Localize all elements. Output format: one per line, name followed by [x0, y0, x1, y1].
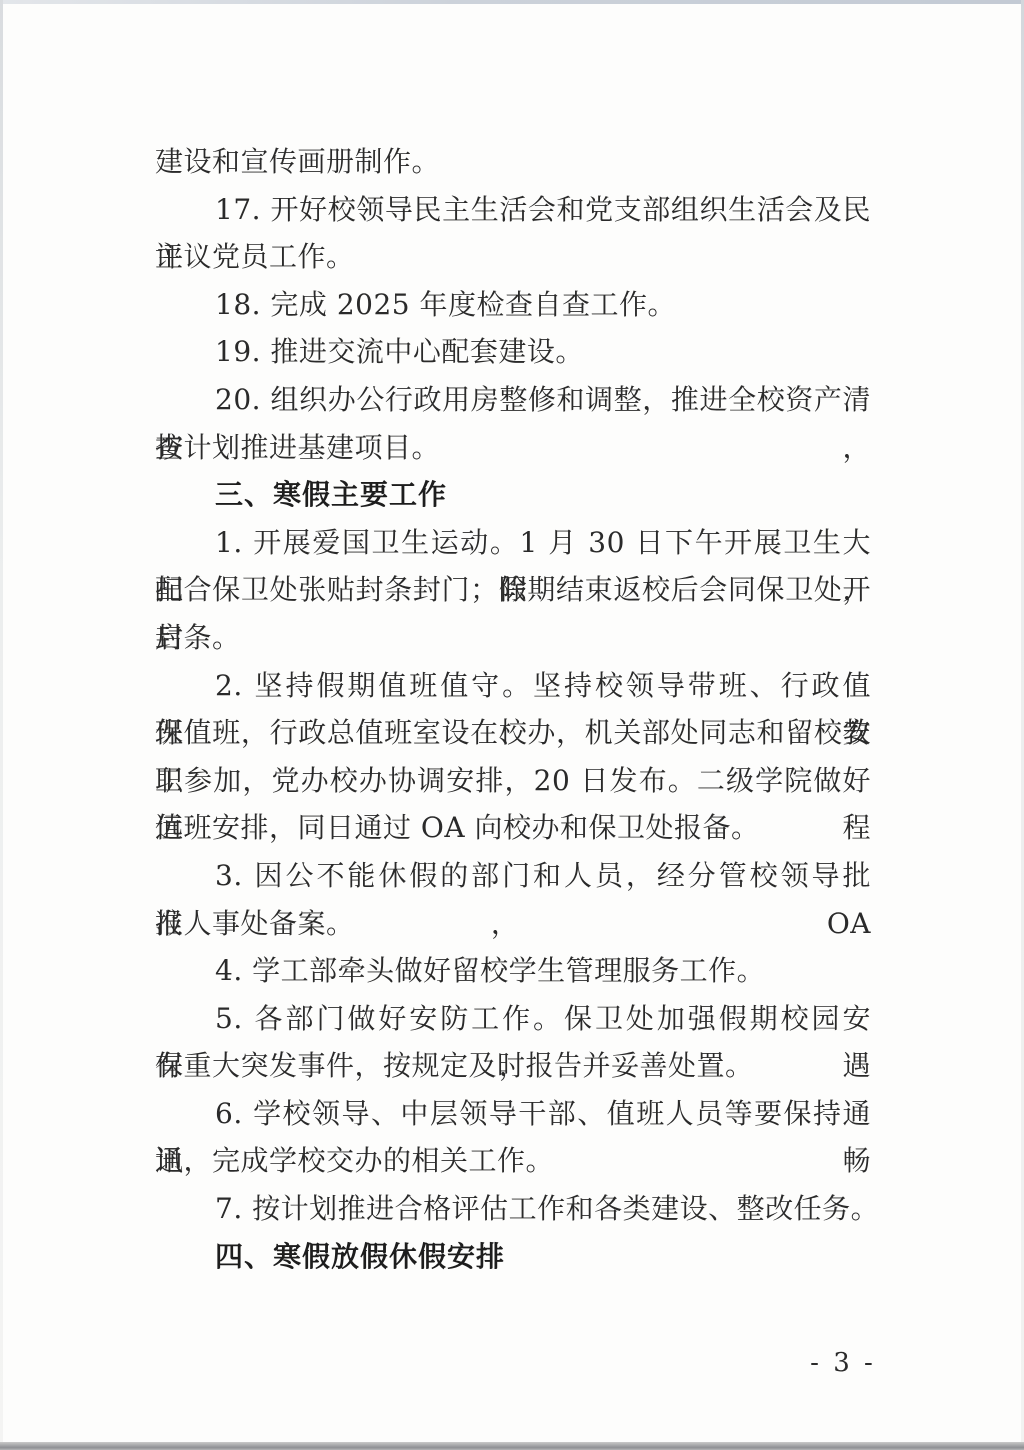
text-line: 建设和宣传画册制作。 [155, 138, 871, 186]
scanned-document-page: 建设和宣传画册制作。 17. 开好校领导民主生活会和党支部组织生活会及民主 评议… [0, 0, 1024, 1450]
document-body: 建设和宣传画册制作。 17. 开好校领导民主生活会和党支部组织生活会及民主 评议… [155, 138, 871, 1280]
text-line: 配合保卫处张贴封条封门；假期结束返校后会同保卫处开启 [155, 566, 871, 614]
section-heading-4: 四、寒假放假休假安排 [155, 1233, 871, 1281]
text-line: 7. 按计划推进合格评估工作和各类建设、整改任务。 [155, 1185, 871, 1233]
scan-edge-top [0, 0, 1024, 4]
text-line: 封条。 [155, 614, 871, 662]
text-line: 17. 开好校领导民主生活会和党支部组织生活会及民主 [155, 186, 871, 234]
text-line: 19. 推进交流中心配套建设。 [155, 328, 871, 376]
text-line: 工参加，党办校办协调安排，20 日发布。二级学院做好远程 [155, 757, 871, 805]
text-line: 2. 坚持假期值班值守。坚持校领导带班、行政值班、安 [155, 662, 871, 710]
text-line: 4. 学工部牵头做好留校学生管理服务工作。 [155, 947, 871, 995]
page-number: - 3 - [798, 1348, 888, 1378]
text-line: 20. 组织办公行政用房整修和调整，推进全校资产清查， [155, 376, 871, 424]
text-line: 3. 因公不能休假的部门和人员，经分管校领导批准，OA [155, 852, 871, 900]
text-line: 18. 完成 2025 年度检查自查工作。 [155, 281, 871, 329]
text-line: 5. 各部门做好安防工作。保卫处加强假期校园安保，遇 [155, 995, 871, 1043]
text-line: 6. 学校领导、中层领导干部、值班人员等要保持通讯畅 [155, 1090, 871, 1138]
section-heading-3: 三、寒假主要工作 [155, 471, 871, 519]
text-line: 1. 开展爱国卫生运动。1 月 30 日下午开展卫生大扫除， [155, 519, 871, 567]
text-line: 保值班，行政总值班室设在校办，机关部处同志和留校教职 [155, 709, 871, 757]
text-line: 评议党员工作。 [155, 233, 871, 281]
scan-edge-left [0, 0, 3, 1450]
scan-edge-bottom [0, 1442, 1024, 1450]
